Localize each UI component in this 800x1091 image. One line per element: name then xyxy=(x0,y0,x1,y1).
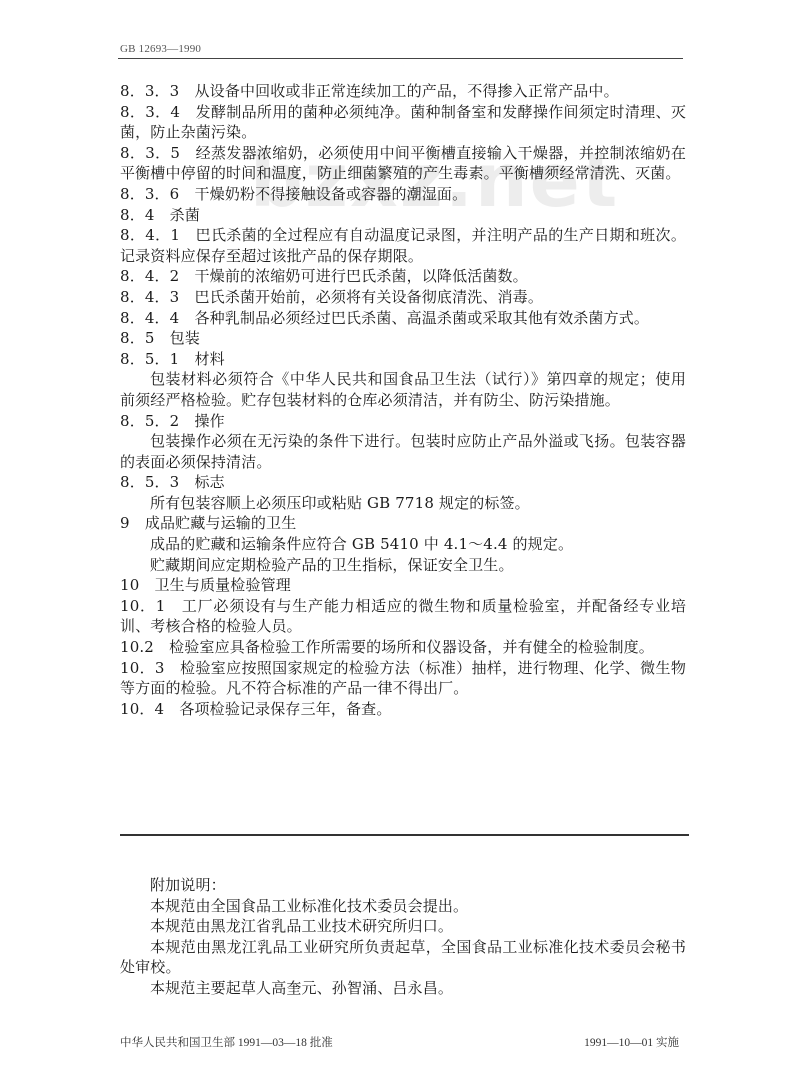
clause-8-5-3-body: 所有包装容顺上必须压印或粘贴 GB 7718 规定的标签。 xyxy=(120,493,686,514)
clause-8-3-3: 8．3．3 从设备中回收或非正常连续加工的产品，不得掺入正常产品中。 xyxy=(120,81,686,102)
appendix-line: 本规范由黑龙江省乳品工业技术研究所归口。 xyxy=(120,916,686,937)
section-8-5-heading: 8．5 包装 xyxy=(120,328,686,349)
implementation-date: 1991—10—01 实施 xyxy=(584,1034,679,1050)
document-body: 8．3．3 从设备中回收或非正常连续加工的产品，不得掺入正常产品中。 8．3．4… xyxy=(120,81,686,719)
appendix-line: 本规范由黑龙江乳品工业研究所负责起草，全国食品工业标准化技术委员会秘书处审校。 xyxy=(120,937,686,978)
end-of-text-divider xyxy=(120,834,689,836)
clause-8-3-6: 8．3．6 干燥奶粉不得接触设备或容器的潮湿面。 xyxy=(120,184,686,205)
clause-8-4-2: 8．4．2 干燥前的浓缩奶可进行巴氏杀菌，以降低活菌数。 xyxy=(120,266,686,287)
section-9-heading: 9 成品贮藏与运输的卫生 xyxy=(120,513,686,534)
clause-10-4: 10．4 各项检验记录保存三年，备查。 xyxy=(120,699,686,720)
appendix-title: 附加说明： xyxy=(120,875,686,896)
standard-number-header: GB 12693—1990 xyxy=(120,43,201,55)
clause-8-4-4: 8．4．4 各种乳制品必须经过巴氏杀菌、高温杀菌或采取其他有效杀菌方式。 xyxy=(120,308,686,329)
clause-8-5-1-body: 包装材料必须符合《中华人民共和国食品卫生法（试行）》第四章的规定；使用前须经严格… xyxy=(120,369,686,410)
clause-8-5-3-heading: 8．5．3 标志 xyxy=(120,472,686,493)
clause-10-3: 10．3 检验室应按照国家规定的检验方法（标准）抽样，进行物理、化学、微生物等方… xyxy=(120,658,686,699)
appendix-notes: 附加说明： 本规范由全国食品工业标准化技术委员会提出。 本规范由黑龙江省乳品工业… xyxy=(120,875,686,999)
section-8-4-heading: 8．4 杀菌 xyxy=(120,205,686,226)
section-9-body-1: 成品的贮藏和运输条件应符合 GB 5410 中 4.1～4.4 的规定。 xyxy=(120,534,686,555)
clause-8-4-1: 8．4．1 巴氏杀菌的全过程应有自动温度记录图，并注明产品的生产日期和班次。记录… xyxy=(120,225,686,266)
clause-8-4-3: 8．4．3 巴氏杀菌开始前，必须将有关设备彻底清洗、消毒。 xyxy=(120,287,686,308)
clause-10-1: 10．1 工厂必须设有与生产能力相适应的微生物和质量检验室，并配备经专业培训、考… xyxy=(120,596,686,637)
appendix-line: 本规范由全国食品工业标准化技术委员会提出。 xyxy=(120,896,686,917)
header-divider xyxy=(118,58,683,59)
appendix-line: 本规范主要起草人高奎元、孙智涌、吕永昌。 xyxy=(120,978,686,999)
clause-10-2: 10.2 检验室应具备检验工作所需要的场所和仪器设备，并有健全的检验制度。 xyxy=(120,637,686,658)
clause-8-5-2-heading: 8．5．2 操作 xyxy=(120,411,686,432)
approval-date: 中华人民共和国卫生部 1991—03—18 批准 xyxy=(120,1034,333,1050)
clause-8-5-2-body: 包装操作必须在无污染的条件下进行。包装时应防止产品外溢或飞扬。包装容器的表面必须… xyxy=(120,431,686,472)
section-9-body-2: 贮藏期间应定期检验产品的卫生指标，保证安全卫生。 xyxy=(120,555,686,576)
clause-8-3-5: 8．3．5 经蒸发器浓缩奶，必须使用中间平衡槽直接输入干燥器，并控制浓缩奶在平衡… xyxy=(120,143,686,184)
section-10-heading: 10 卫生与质量检验管理 xyxy=(120,575,686,596)
clause-8-5-1-heading: 8．5．1 材料 xyxy=(120,349,686,370)
clause-8-3-4: 8．3．4 发酵制品所用的菌种必须纯净。菌种制备室和发酵操作间须定时清理、灭菌，… xyxy=(120,102,686,143)
